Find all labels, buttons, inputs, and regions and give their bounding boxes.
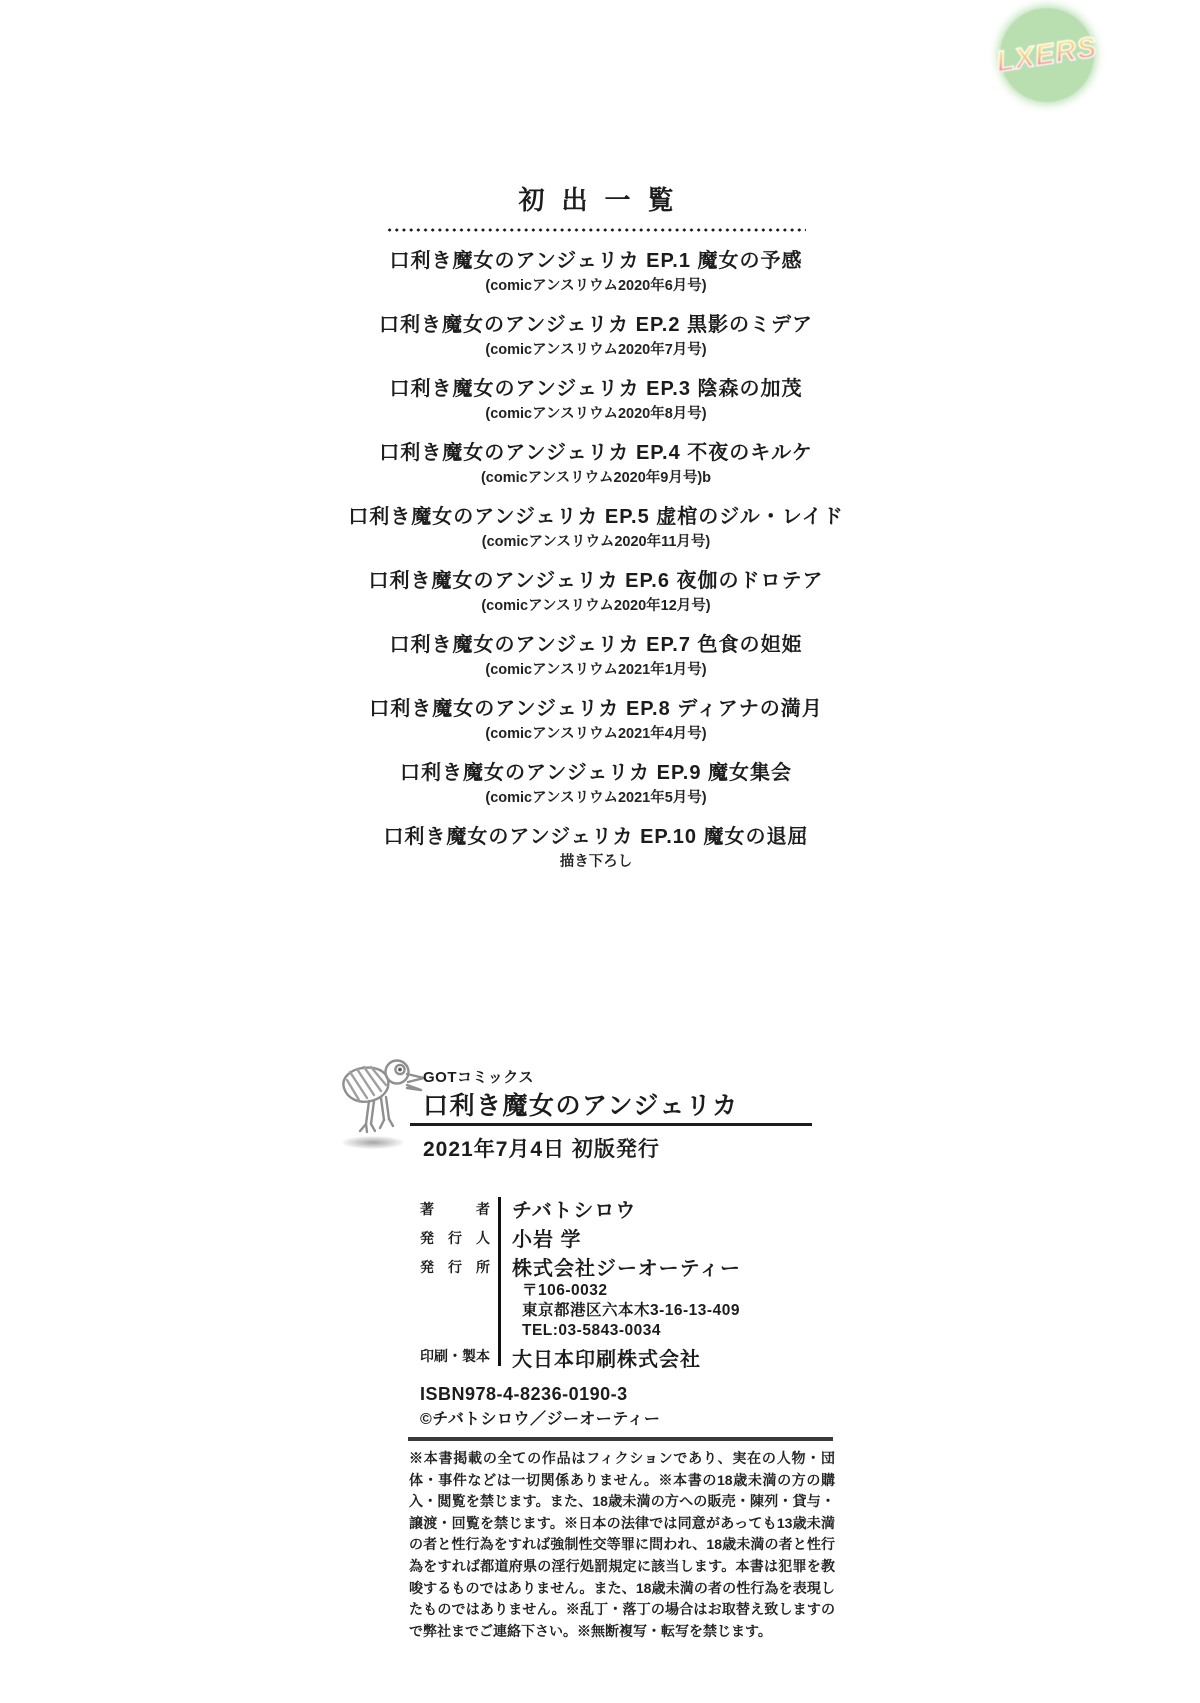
credit-row-publisher-company: 発行所 株式会社ジーオーティー	[420, 1252, 820, 1281]
publisher-address-line: 〒106-0032	[420, 1281, 820, 1301]
credit-row-printer: 印刷・製本 大日本印刷株式会社	[420, 1343, 820, 1369]
episode-entry: 口利き魔女のアンジェリカ EP.2 黒影のミデア (comicアンスリウム202…	[0, 312, 1192, 362]
list-title: 初出一覧	[0, 184, 1192, 216]
episode-title: 口利き魔女のアンジェリカ EP.2 黒影のミデア	[0, 312, 1192, 339]
imprint-label: GOTコミックス	[423, 1066, 534, 1087]
credit-value: 小岩 学	[512, 1223, 582, 1252]
bird-sketch-icon	[336, 1058, 426, 1143]
episode-source: (comicアンスリウム2020年6月号)	[0, 275, 1192, 298]
episode-title: 口利き魔女のアンジェリカ EP.8 ディアナの満月	[0, 696, 1192, 723]
book-title: 口利き魔女のアンジェリカ	[423, 1086, 739, 1122]
episode-source: (comicアンスリウム2020年7月号)	[0, 339, 1192, 362]
episode-source: 描き下ろし	[0, 851, 1192, 874]
publisher-address-line: TEL:03-5843-0034	[420, 1321, 820, 1341]
episode-entry: 口利き魔女のアンジェリカ EP.7 色食の妲姫 (comicアンスリウム2021…	[0, 632, 1192, 682]
episode-title: 口利き魔女のアンジェリカ EP.5 虚棺のジル・レイド	[0, 504, 1192, 531]
episode-entry: 口利き魔女のアンジェリカ EP.6 夜伽のドロテア (comicアンスリウム20…	[0, 568, 1192, 618]
episode-entry: 口利き魔女のアンジェリカ EP.9 魔女集会 (comicアンスリウム2021年…	[0, 760, 1192, 810]
episode-entry: 口利き魔女のアンジェリカ EP.1 魔女の予感 (comicアンスリウム2020…	[0, 248, 1192, 298]
credit-label: 発行所	[420, 1257, 490, 1277]
first-publication-list: 初出一覧 口利き魔女のアンジェリカ EP.1 魔女の予感 (comicアンスリウ…	[0, 184, 1192, 888]
episode-entry: 口利き魔女のアンジェリカ EP.8 ディアナの満月 (comicアンスリウム20…	[0, 696, 1192, 746]
copyright-line: ©チバトシロウ／ジーオーティー	[420, 1406, 660, 1429]
disclaimer-text: ※本書掲載の全ての作品はフィクションであり、実在の人物・団体・事件などは一切関係…	[409, 1448, 835, 1642]
episode-entry: 口利き魔女のアンジェリカ EP.4 不夜のキルケ (comicアンスリウム202…	[0, 440, 1192, 490]
credit-label: 発行人	[420, 1228, 490, 1248]
credits-table: 著者 チバトシロウ 発行人 小岩 学 発行所 株式会社ジーオーティー 〒106-…	[420, 1194, 820, 1369]
episode-title: 口利き魔女のアンジェリカ EP.10 魔女の退屈	[0, 824, 1192, 851]
episode-title: 口利き魔女のアンジェリカ EP.7 色食の妲姫	[0, 632, 1192, 659]
episode-title: 口利き魔女のアンジェリカ EP.4 不夜のキルケ	[0, 440, 1192, 467]
credit-row-author: 著者 チバトシロウ	[420, 1194, 820, 1223]
credit-value: 大日本印刷株式会社	[512, 1343, 701, 1372]
episode-entry: 口利き魔女のアンジェリカ EP.10 魔女の退屈 描き下ろし	[0, 824, 1192, 874]
episode-source: (comicアンスリウム2020年12月号)	[0, 595, 1192, 618]
colophon-page: LXERS 初出一覧 口利き魔女のアンジェリカ EP.1 魔女の予感 (comi…	[0, 0, 1200, 1703]
episode-entry: 口利き魔女のアンジェリカ EP.5 虚棺のジル・レイド (comicアンスリウム…	[0, 504, 1192, 554]
credit-value: チバトシロウ	[512, 1194, 636, 1223]
credit-value: 株式会社ジーオーティー	[512, 1252, 741, 1281]
episode-title: 口利き魔女のアンジェリカ EP.3 陰森の加茂	[0, 376, 1192, 403]
isbn: ISBN978-4-8236-0190-3	[420, 1384, 628, 1405]
bird-shadow	[342, 1136, 404, 1149]
episode-entry: 口利き魔女のアンジェリカ EP.3 陰森の加茂 (comicアンスリウム2020…	[0, 376, 1192, 426]
credit-row-publisher-person: 発行人 小岩 学	[420, 1223, 820, 1252]
dotted-divider	[386, 228, 806, 232]
lxers-watermark-circle: LXERS	[1000, 8, 1094, 102]
episode-source: (comicアンスリウム2021年4月号)	[0, 723, 1192, 746]
episode-title: 口利き魔女のアンジェリカ EP.1 魔女の予感	[0, 248, 1192, 275]
episode-title: 口利き魔女のアンジェリカ EP.9 魔女集会	[0, 760, 1192, 787]
episode-source: (comicアンスリウム2020年8月号)	[0, 403, 1192, 426]
episode-source: (comicアンスリウム2020年11月号)	[0, 531, 1192, 554]
episode-title: 口利き魔女のアンジェリカ EP.6 夜伽のドロテア	[0, 568, 1192, 595]
episode-source: (comicアンスリウム2020年9月号)b	[0, 467, 1192, 490]
publisher-address-line: 東京都港区六本木3-16-13-409	[420, 1301, 820, 1321]
colophon-divider	[410, 1123, 812, 1126]
credit-label: 著者	[420, 1199, 490, 1219]
lxers-watermark-label: LXERS	[994, 31, 1100, 80]
edition-date: 2021年7月4日 初版発行	[423, 1133, 660, 1163]
episode-source: (comicアンスリウム2021年5月号)	[0, 787, 1192, 810]
episode-source: (comicアンスリウム2021年1月号)	[0, 659, 1192, 682]
disclaimer-divider	[408, 1437, 833, 1441]
credit-label: 印刷・製本	[420, 1346, 490, 1366]
